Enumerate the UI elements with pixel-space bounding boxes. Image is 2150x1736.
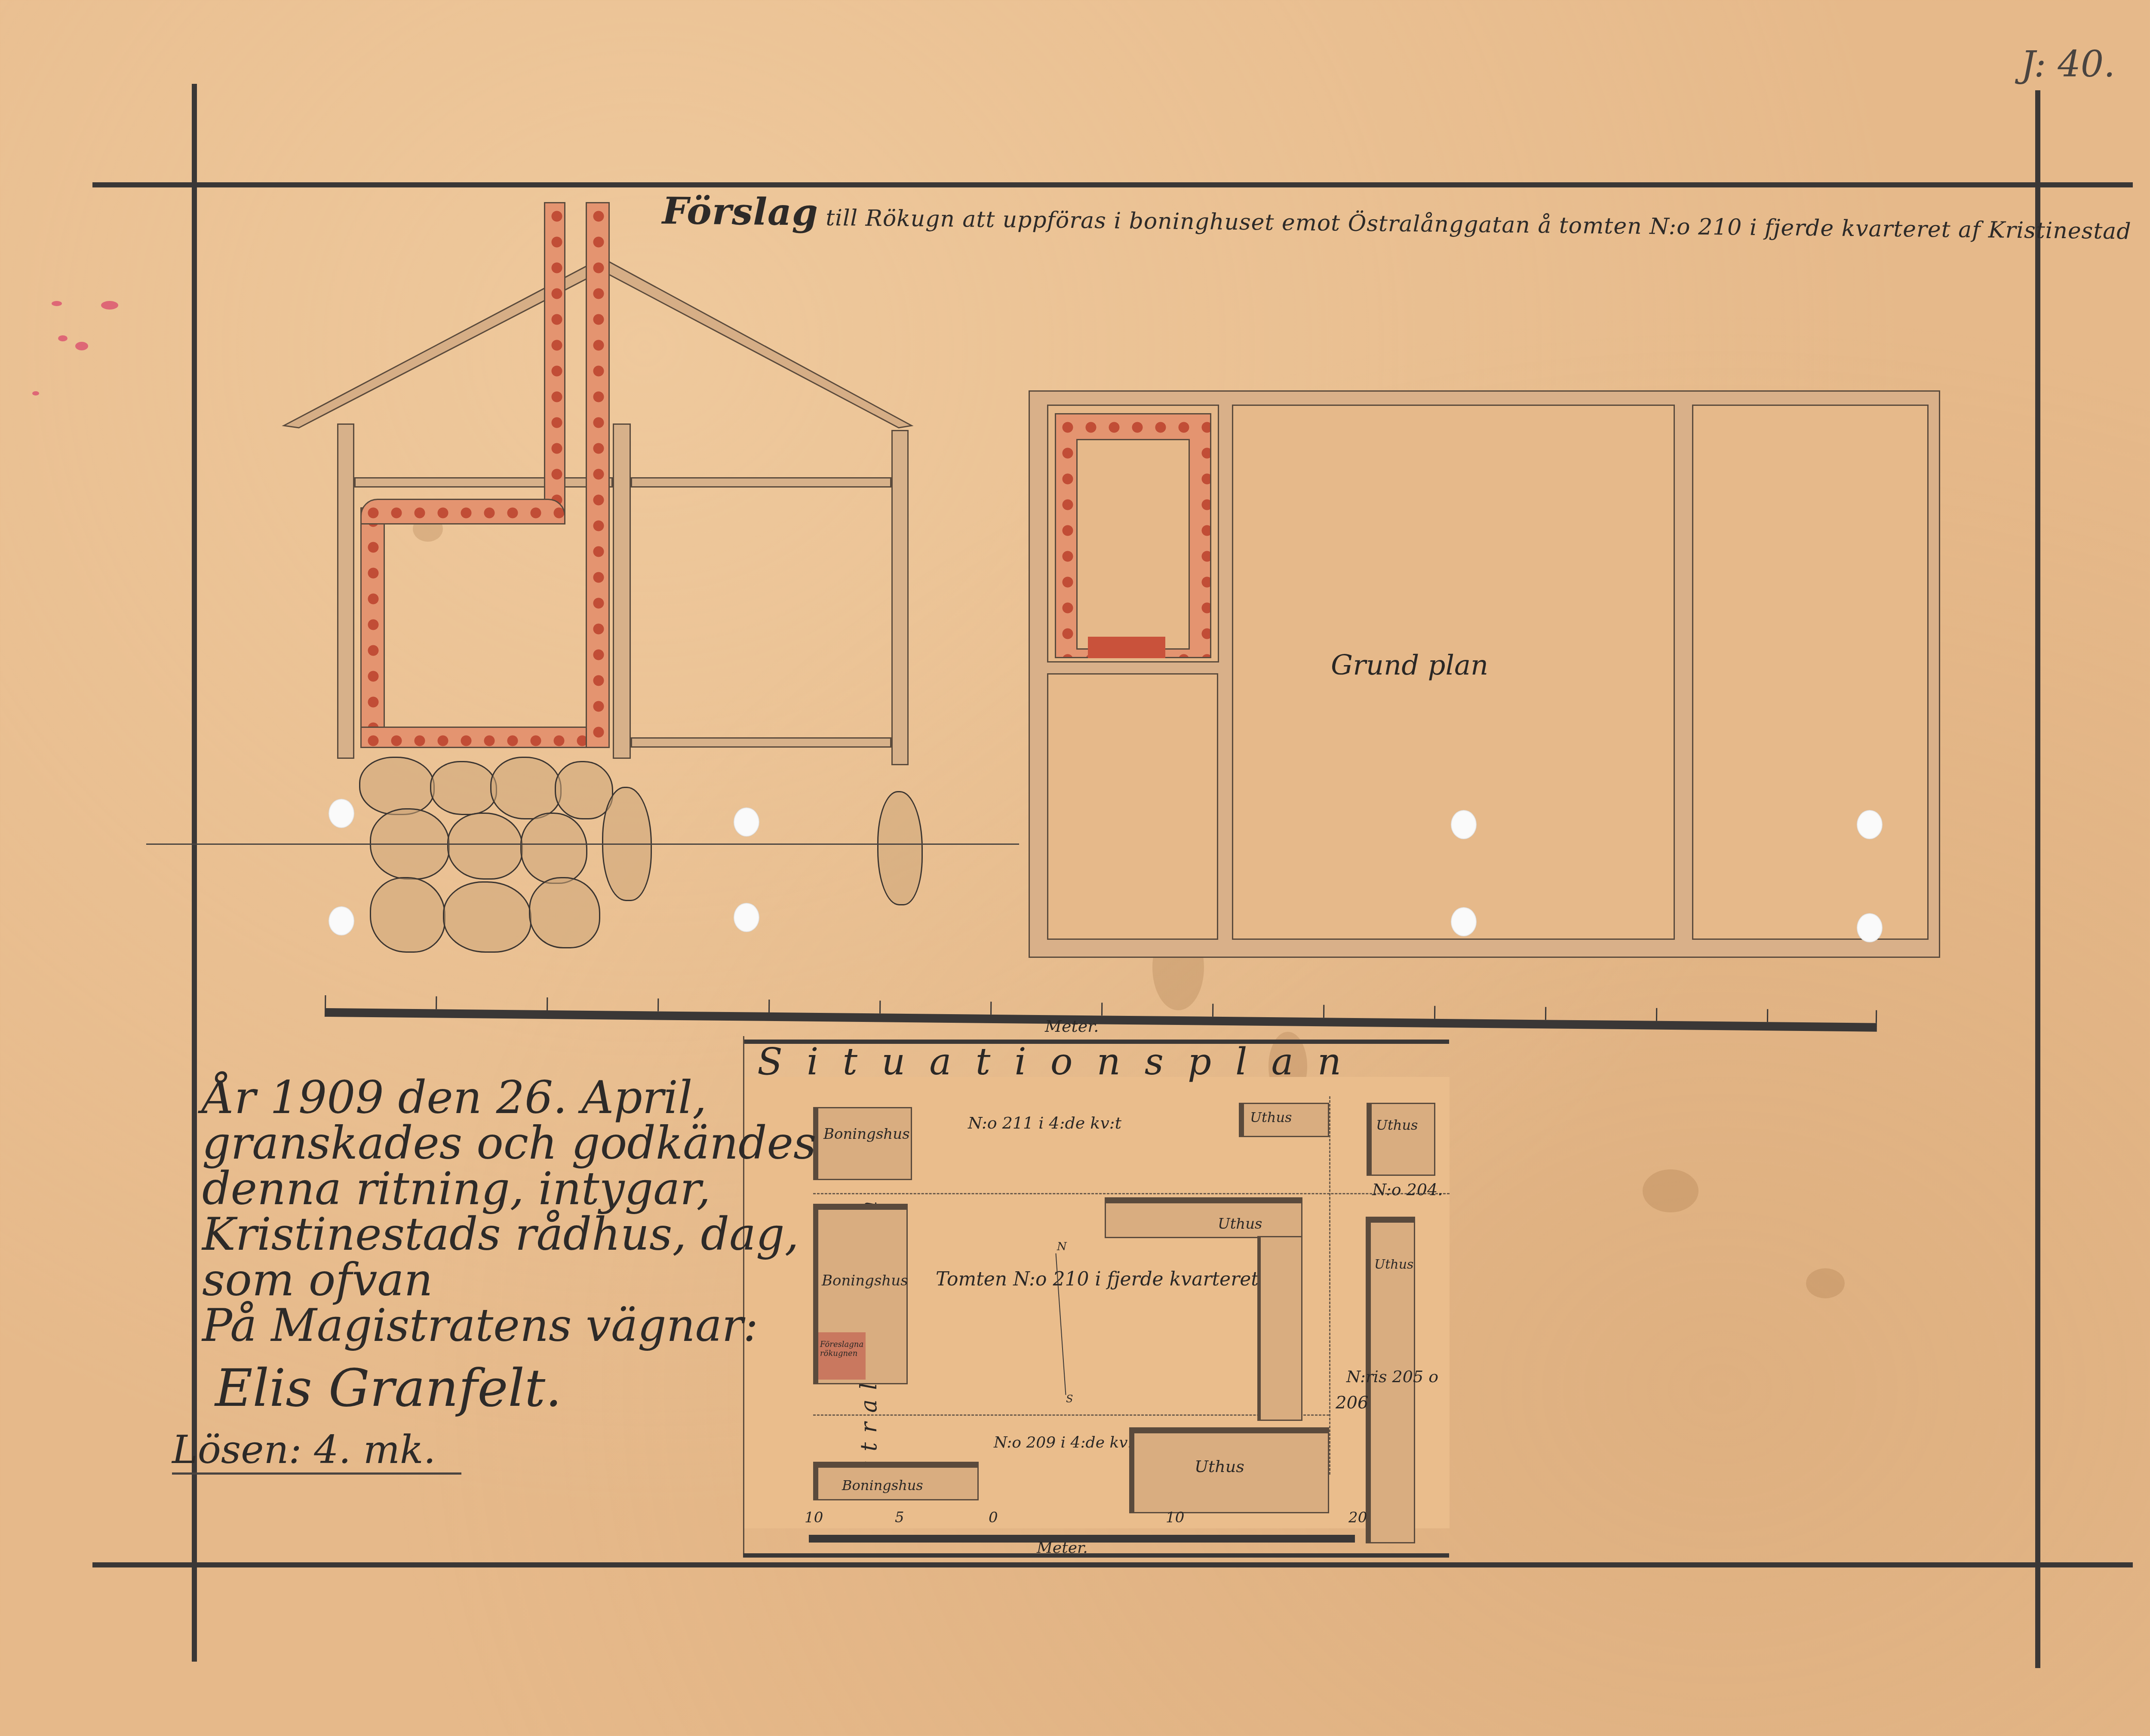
scale-bar-body — [325, 1008, 1877, 1032]
pink-ink-spot — [52, 301, 62, 306]
situation-plan-heading: Situationsplan — [757, 1040, 1365, 1083]
scale-tick — [1545, 1007, 1546, 1020]
main-scale-bar — [325, 1000, 1877, 1040]
scale-tick — [1323, 1005, 1324, 1018]
punch-hole — [329, 799, 354, 828]
building-boningshus-north: Boningshus — [813, 1107, 912, 1180]
chimney-right-wall — [586, 202, 610, 748]
room-lower-left — [1047, 673, 1218, 940]
scale-tick — [1212, 1004, 1213, 1017]
building-label: Uthus — [1218, 1215, 1262, 1233]
scale-tick-label: 0 — [989, 1509, 998, 1526]
building-uthus-204: Uthus — [1367, 1103, 1435, 1176]
building-label: Uthus — [1250, 1109, 1292, 1126]
scale-tick — [325, 995, 326, 1008]
punch-hole — [1451, 810, 1477, 839]
foundation-stone — [447, 813, 523, 880]
water-stain — [1806, 1268, 1845, 1298]
right-wall-post — [891, 430, 909, 765]
floor-plan: Grund plan — [1029, 390, 1940, 958]
building-uthus-north: Uthus — [1239, 1103, 1329, 1137]
oven-firebox — [1088, 637, 1165, 658]
floor-plan-label: Grund plan — [1331, 650, 1488, 681]
punch-hole — [329, 906, 354, 935]
approval-line: denna ritning, intygar, — [202, 1166, 816, 1212]
scale-tick — [436, 996, 437, 1009]
scale-tick — [547, 997, 548, 1010]
building-label: Uthus — [1376, 1117, 1418, 1133]
roof-outline — [275, 232, 980, 447]
punch-hole — [734, 807, 759, 837]
situation-plan: Situationsplan Östralånggatan Boningshus… — [743, 1036, 1450, 1556]
lot-206-label: 206 — [1336, 1393, 1368, 1413]
oven-left-wall — [360, 507, 385, 748]
catalog-mark: J: 40. — [2021, 43, 2115, 85]
pink-ink-spot — [58, 335, 68, 341]
main-scale-unit: Meter. — [1045, 1017, 1099, 1036]
building-boningshus-south: Boningshus — [813, 1462, 979, 1500]
room-right — [1692, 405, 1929, 940]
foundation-stone — [430, 761, 497, 815]
ceiling-beam — [631, 477, 891, 488]
scale-tick — [1101, 1003, 1103, 1015]
lot-boundary — [813, 1193, 1450, 1194]
lot-205-label: N:ris 205 o — [1346, 1367, 1438, 1386]
border-rule-left — [192, 84, 197, 1662]
foundation-stone — [555, 761, 613, 819]
water-stain — [1643, 1169, 1698, 1212]
foundation-stone — [877, 791, 923, 905]
pink-ink-spot — [75, 342, 88, 350]
building-label: Uthus — [1195, 1457, 1244, 1476]
situation-plan-bottom-rule — [743, 1553, 1449, 1558]
pink-ink-spot — [101, 301, 118, 310]
oven-chamber — [1076, 439, 1190, 650]
border-rule-top — [92, 182, 2133, 187]
approval-note: År 1909 den 26. April, granskades och go… — [202, 1075, 816, 1348]
proposed-oven-marker: Föreslagna rökugnen — [818, 1332, 866, 1380]
building-uthus-L: Uthus — [1105, 1197, 1302, 1421]
lot-boundary — [1329, 1096, 1330, 1475]
scale-tick — [1767, 1009, 1768, 1022]
compass-north: N — [1057, 1240, 1067, 1253]
scale-tick — [879, 1000, 881, 1013]
scale-tick-label: 5 — [895, 1509, 904, 1526]
lot-211-label: N:o 211 i 4:de kv:t — [968, 1113, 1121, 1132]
ground-line — [146, 843, 1019, 845]
pink-ink-spot — [32, 391, 39, 396]
compass-south: S — [1066, 1393, 1073, 1405]
foundation-stone — [370, 877, 445, 953]
chimney-left-wall — [544, 202, 565, 524]
middle-wall-post — [613, 423, 631, 759]
uthus-L-top: Uthus — [1105, 1197, 1302, 1238]
oven-floor — [360, 727, 610, 748]
uthus-L-leg — [1257, 1236, 1302, 1421]
scale-tick — [1656, 1008, 1657, 1021]
proposed-oven-label: Föreslagna rökugnen — [820, 1340, 863, 1358]
approval-line: År 1909 den 26. April, — [202, 1075, 816, 1120]
floor-beam — [631, 737, 891, 748]
building-boningshus-main: Boningshus Föreslagna rökugnen — [813, 1204, 908, 1384]
scale-tick — [1876, 1010, 1877, 1023]
scale-tick-label: 20 — [1348, 1509, 1367, 1526]
foundation-stone — [359, 757, 435, 815]
punch-hole — [734, 903, 759, 932]
scale-tick — [768, 1000, 770, 1012]
foundation-stone — [443, 881, 531, 953]
lot-209-label: N:o 209 i 4:de kv:t — [994, 1434, 1139, 1451]
scale-tick-label: 10 — [1166, 1509, 1184, 1526]
left-wall-post — [337, 423, 354, 759]
scale-tick — [990, 1002, 992, 1015]
approval-line: Kristinestads rådhus, dag, — [202, 1212, 816, 1257]
title-rest: till Rökugn att uppföras i boninghuset e… — [826, 205, 2132, 245]
punch-hole — [1857, 810, 1883, 839]
lot-204-label: N:o 204. — [1372, 1180, 1443, 1199]
approval-line: På Magistratens vägnar: — [202, 1303, 816, 1348]
fee-note: Lösen: 4. mk. — [172, 1427, 461, 1475]
foundation-stone — [529, 877, 600, 948]
approval-line: granskades och godkändes — [202, 1120, 816, 1166]
building-label: Boningshus — [822, 1272, 908, 1289]
signature: Elis Granfelt. — [215, 1359, 562, 1418]
punch-hole — [1857, 913, 1883, 942]
building-label: Boningshus — [823, 1126, 910, 1143]
punch-hole — [1451, 907, 1477, 936]
approval-line: som ofvan — [202, 1257, 816, 1303]
border-rule-bottom — [92, 1562, 2133, 1567]
scale-tick — [657, 998, 659, 1011]
foundation-stone — [520, 813, 587, 884]
title-lead: Förslag — [662, 189, 818, 234]
scale-tick-label: 10 — [805, 1509, 823, 1526]
building-label: Boningshus — [842, 1477, 923, 1494]
foundation-stone — [490, 757, 562, 819]
scale-tick — [1434, 1006, 1435, 1019]
oven-vault — [360, 499, 565, 524]
building-label: Uthus — [1374, 1257, 1413, 1272]
border-rule-right — [2035, 90, 2040, 1668]
building-uthus-south: Uthus — [1129, 1427, 1329, 1513]
ceiling-beam — [354, 477, 613, 488]
